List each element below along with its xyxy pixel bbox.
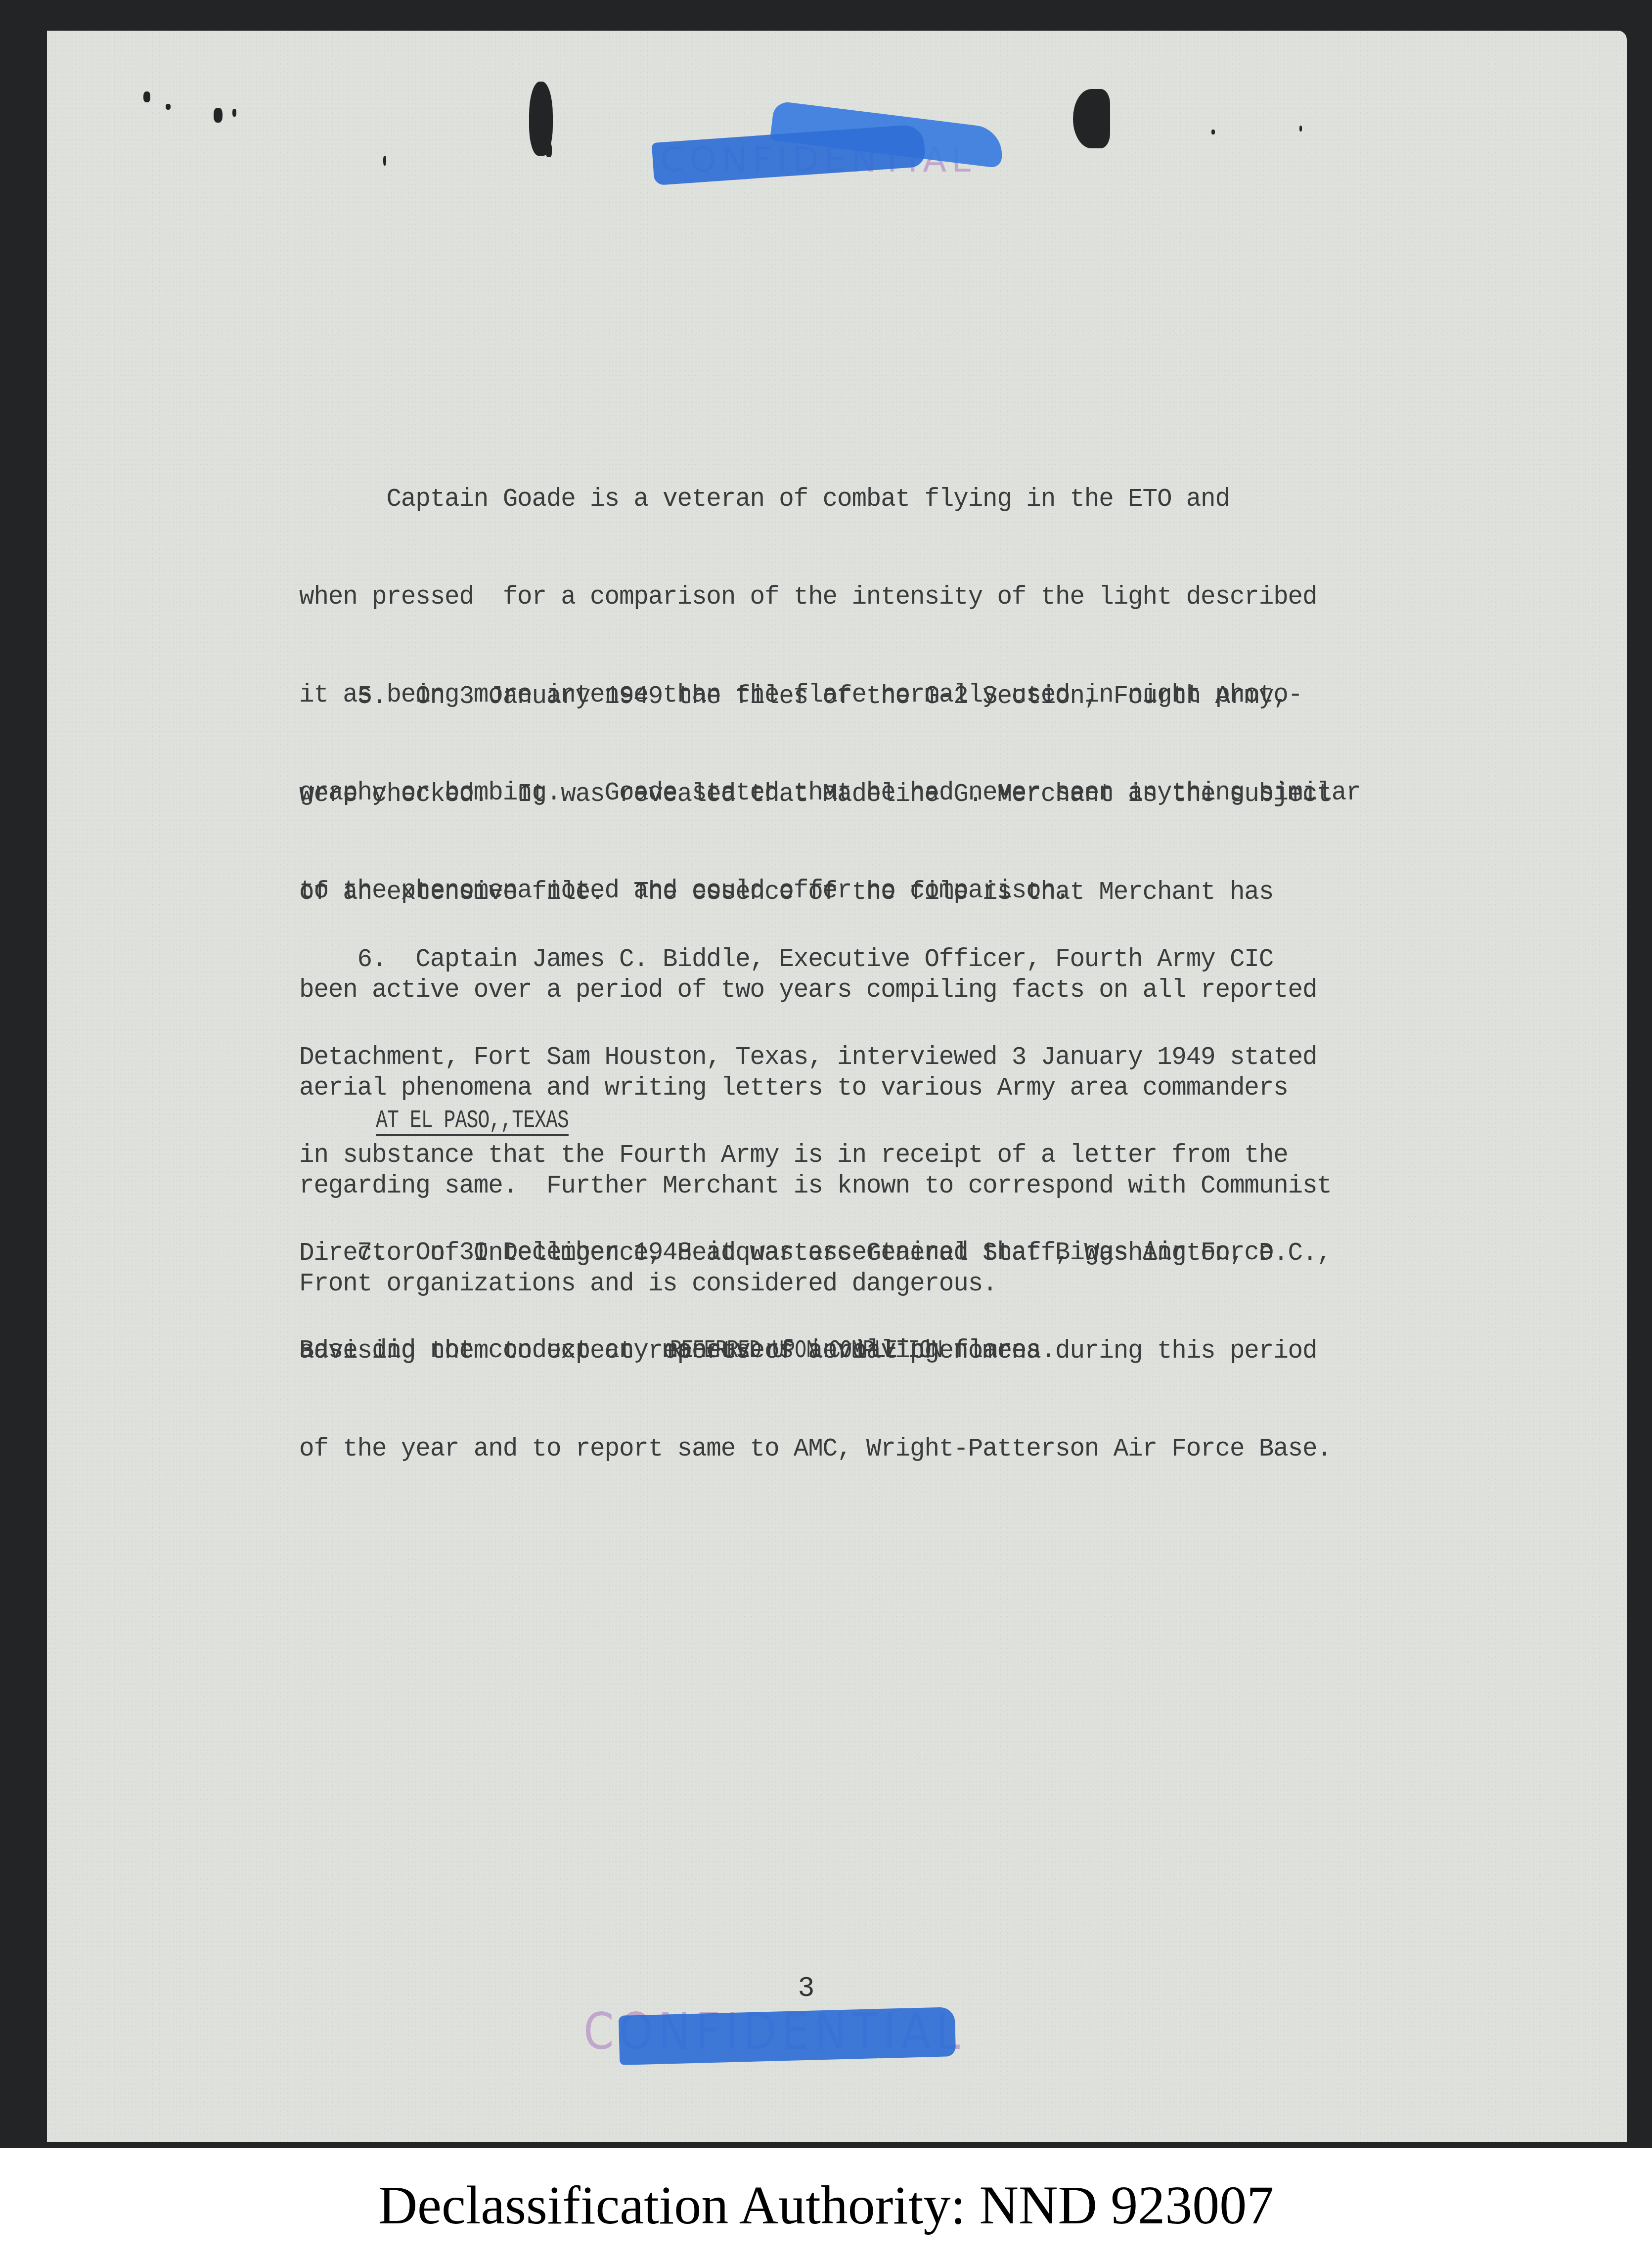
closing-note: REFERRED UPON COMPLETION (670, 1335, 942, 1368)
paper-damage-speck (1211, 130, 1215, 134)
paper-damage-speck (214, 108, 223, 123)
text-line: Detachment, Fort Sam Houston, Texas, int… (299, 1042, 1332, 1074)
text-line: were checked. It was revealed that Madel… (299, 779, 1332, 811)
declassification-caption-band: Declassification Authority: NND 923007 (0, 2148, 1652, 2257)
redaction-marker-bottom (619, 2007, 956, 2065)
section-heading: AT EL PASO,,TEXAS (376, 1105, 569, 1138)
paper-damage-speck (143, 91, 150, 102)
text-line: in substance that the Fourth Army is in … (299, 1140, 1332, 1172)
paper-damage-speck (232, 109, 236, 117)
punch-hole-left-tail (546, 143, 552, 157)
paper-damage-speck (166, 104, 171, 110)
text-line: when pressed for a comparison of the int… (299, 581, 1361, 614)
text-line: 6. Captain James C. Biddle, Executive Of… (299, 944, 1332, 976)
page-number: 3 (799, 1970, 814, 2002)
punch-hole-right (1073, 89, 1110, 148)
text-line: of the year and to report same to AMC, W… (299, 1433, 1332, 1466)
text-line: 7. On 30 December 1948 it was ascertaine… (299, 1237, 1273, 1270)
paper-damage-speck (383, 156, 386, 166)
declassification-caption: Declassification Authority: NND 923007 (378, 2174, 1274, 2237)
paper-damage-speck (1299, 126, 1302, 132)
text-line: 5. On 3 January 1949 the files of the G-… (299, 681, 1332, 713)
text-line: Captain Goade is a veteran of combat fly… (299, 484, 1361, 516)
